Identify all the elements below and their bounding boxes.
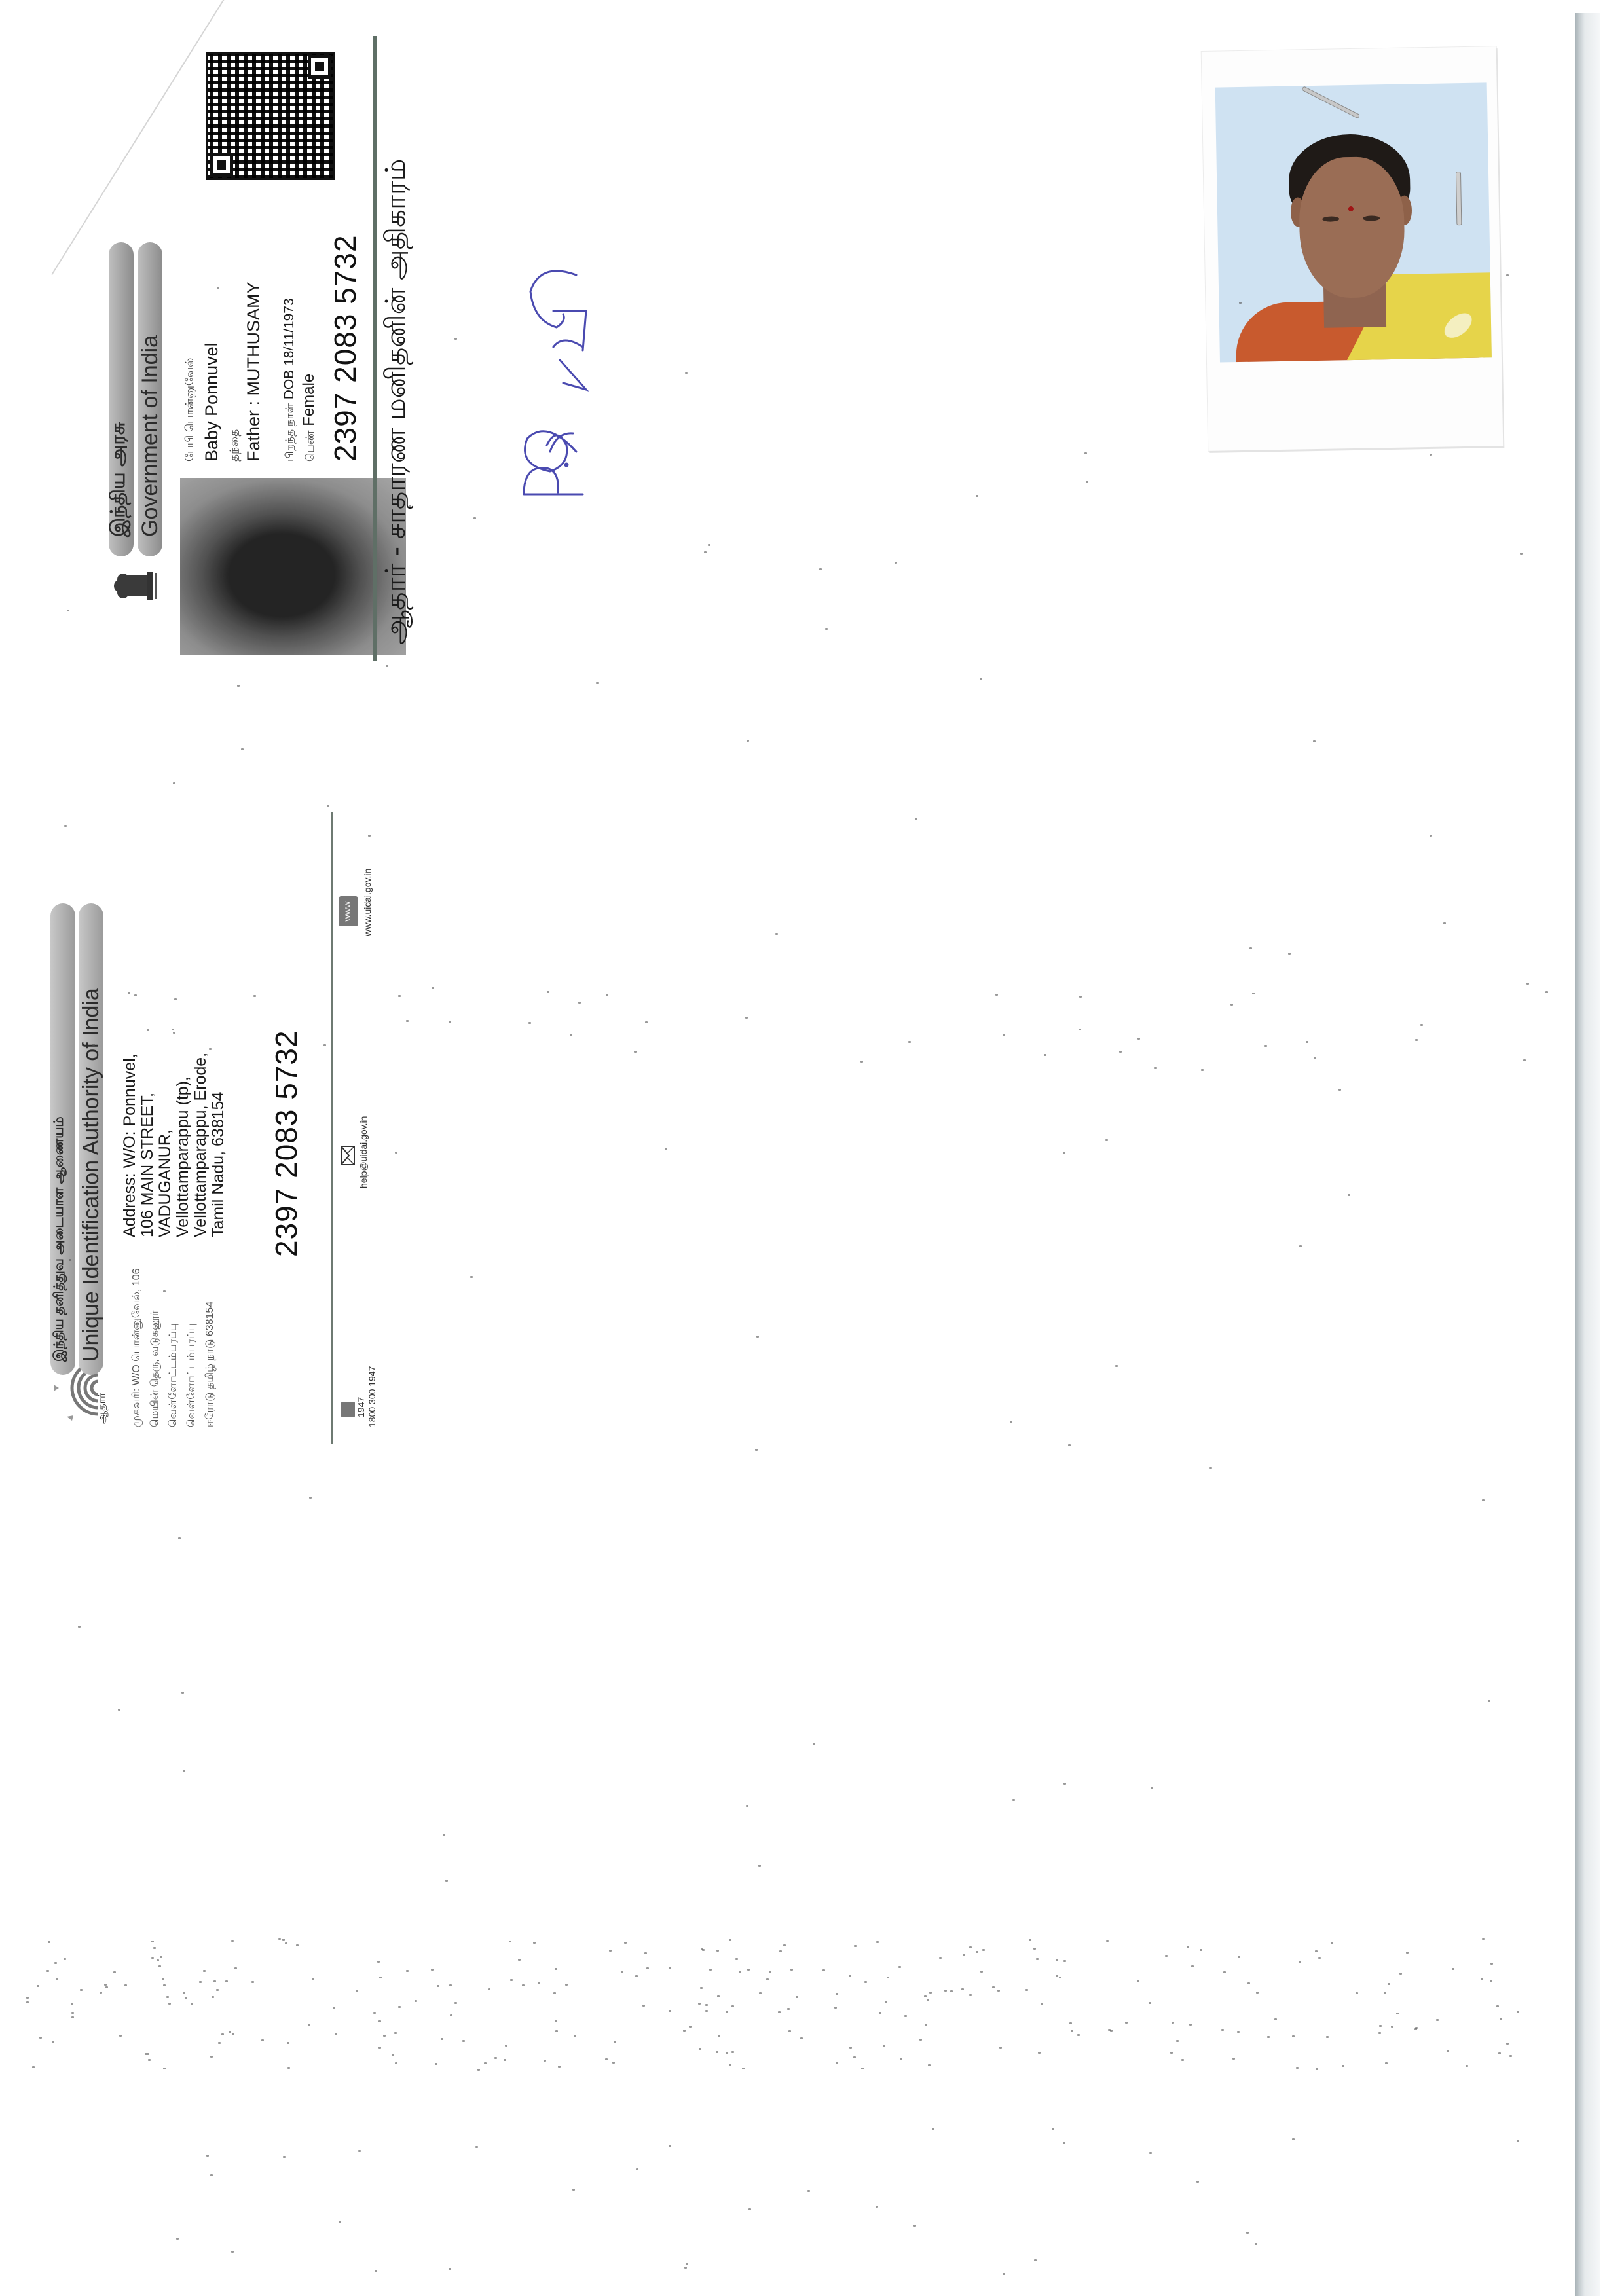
scan-speck [547, 991, 549, 993]
scan-speck [378, 2047, 381, 2049]
address-tamil-line: ஈரோடு தமிழ் நாடு 638154 [201, 1231, 219, 1427]
scan-speck [1003, 1034, 1005, 1036]
scan-speck [915, 818, 917, 820]
scan-speck [1316, 2068, 1318, 2070]
scan-speck [1498, 2052, 1501, 2054]
footer-divider [331, 812, 333, 1444]
scan-speck [1012, 1799, 1015, 1801]
scan-speck [879, 2012, 881, 2014]
scan-speck [406, 1970, 409, 1972]
scan-speck [997, 1990, 1000, 1992]
scan-speck [449, 1021, 451, 1023]
scan-speck [377, 1961, 380, 1963]
scan-speck [1488, 1700, 1490, 1702]
scan-speck [1068, 1444, 1071, 1446]
mail-icon [341, 1146, 355, 1165]
scan-speck [747, 1969, 750, 1971]
scan-speck [1034, 2259, 1037, 2261]
scan-speck [572, 2189, 575, 2191]
scan-speck [919, 2039, 922, 2041]
scan-speck [212, 1996, 214, 1998]
scan-speck [1105, 1139, 1108, 1141]
scan-speck [1044, 1054, 1046, 1056]
address-line: VADUGANUR, [157, 962, 174, 1237]
scan-speck [708, 544, 710, 546]
scan-speck [443, 1834, 445, 1836]
scan-speck [56, 1978, 58, 1980]
scan-speck [642, 2005, 645, 2007]
scan-speck [565, 1984, 568, 1986]
www-globe-icon: WWW [339, 896, 358, 926]
scan-speck [800, 2037, 803, 2039]
scan-speck [1063, 1783, 1066, 1785]
address-line: 106 MAIN STREET, [139, 962, 157, 1237]
scan-speck [160, 1956, 162, 1958]
scan-speck [739, 1971, 741, 1973]
father-name: Father : MUTHUSAMY [244, 282, 264, 462]
scan-speck [982, 1949, 985, 1951]
scan-speck [386, 665, 388, 667]
scan-speck [323, 1044, 326, 1046]
dob-label: DOB [282, 370, 297, 400]
scan-speck [287, 2042, 289, 2044]
scan-speck [1342, 2065, 1344, 2067]
scan-speck [118, 1709, 120, 1711]
scan-speck [251, 1981, 254, 1983]
scan-speck [232, 2033, 234, 2035]
scan-speck [1264, 1045, 1267, 1047]
scan-speck [124, 1984, 127, 1986]
scan-speck [961, 1988, 964, 1990]
scan-speck [755, 1449, 758, 1451]
scan-speck [454, 2002, 457, 2004]
aadhaar-logo-label: ஆதார் [96, 1393, 109, 1424]
scan-speck [26, 1997, 29, 1999]
scan-speck [488, 1988, 490, 1990]
scan-speck [1523, 1059, 1526, 1061]
scan-speck [1069, 2022, 1072, 2024]
scan-speck [1430, 454, 1432, 456]
scan-speck [553, 1992, 556, 1994]
scan-speck [105, 1986, 108, 1988]
scan-speck [745, 1017, 748, 1019]
scan-speck [283, 2156, 286, 2158]
scan-speck [1165, 1955, 1168, 1957]
scan-speck [1232, 2058, 1235, 2060]
scan-speck [775, 933, 778, 935]
passport-photo [1202, 46, 1504, 451]
header-tamil: இந்திய தனித்துவ அடையாள ஆணையம் [52, 1116, 68, 1362]
scan-speck [1247, 1982, 1250, 1984]
scan-speck [1517, 2011, 1519, 2013]
scan-speck [1396, 2013, 1399, 2014]
scan-speck [683, 2030, 686, 2032]
scan-speck [147, 1029, 149, 1031]
scan-speck [477, 2069, 480, 2071]
scan-speck [1256, 1992, 1259, 1994]
scan-speck [379, 1977, 382, 1978]
scan-speck [1119, 1051, 1122, 1053]
gender-value: Female [300, 374, 318, 426]
address-line: Address: W/O: Ponnuvel, [121, 962, 139, 1237]
scan-speck [717, 1995, 720, 1997]
scan-speck [199, 1981, 202, 1983]
scan-speck [450, 2014, 452, 2016]
scan-speck [1255, 2243, 1257, 2245]
scan-speck [976, 1951, 978, 1953]
scan-speck [210, 2056, 213, 2058]
scan-speck [904, 2015, 907, 2017]
scan-speck [518, 1959, 521, 1961]
scan-speck [119, 2035, 122, 2037]
scan-speck [939, 1957, 942, 1959]
scan-speck [504, 2059, 506, 2061]
national-emblem-icon [111, 566, 160, 606]
scan-speck [944, 1990, 947, 1992]
scan-speck [173, 782, 175, 784]
scan-speck [176, 2238, 179, 2240]
scan-speck [383, 2035, 386, 2037]
scan-speck [685, 372, 688, 374]
gender-label-tamil: பெண் [304, 430, 316, 462]
scan-speck [1149, 2002, 1151, 2004]
scan-speck [836, 1993, 838, 1995]
scan-speck [913, 2225, 916, 2227]
scan-speck [241, 748, 244, 750]
scan-speck [558, 2066, 561, 2068]
scan-speck [1149, 2152, 1152, 2154]
handwritten-signature: P.பேபி [478, 249, 596, 511]
phone-short: 1947 [356, 1397, 366, 1417]
scan-speck [432, 987, 434, 989]
scan-speck [1306, 1041, 1308, 1043]
scan-speck [538, 1982, 540, 1984]
scan-speck [206, 2155, 209, 2157]
scan-speck [392, 2054, 394, 2056]
scan-speck [1077, 2034, 1080, 2036]
scan-speck [669, 2010, 671, 2012]
scan-speck [669, 2145, 671, 2147]
scan-speck [415, 2000, 417, 2002]
scan-speck [1176, 2040, 1179, 2042]
scan-speck [645, 1021, 648, 1023]
scan-speck [333, 2007, 335, 2009]
scan-speck [145, 2053, 147, 2055]
scan-speck [285, 1942, 287, 1944]
scan-speck [924, 1995, 927, 1997]
scan-speck [1506, 274, 1509, 276]
scan-speck [1172, 2022, 1174, 2024]
scan-speck [231, 1940, 234, 1942]
address-tamil-line: முகவரி: W/O பொன்னுவேல், 106 [128, 1231, 146, 1427]
scan-speck [1230, 1004, 1233, 1006]
scan-speck [509, 1941, 511, 1942]
scan-speck [1452, 1968, 1454, 1970]
scan-speck [796, 1996, 798, 1998]
scan-speck [1115, 1365, 1118, 1367]
scan-speck [26, 2001, 29, 2003]
scan-speck [980, 678, 982, 680]
scan-speck [1500, 2018, 1502, 2020]
scan-speck [758, 1865, 761, 1867]
scan-speck [769, 1971, 771, 1973]
scan-speck [876, 2206, 878, 2208]
scan-speck [992, 1986, 995, 1988]
scan-speck [1414, 2028, 1417, 2030]
scan-speck [231, 2251, 234, 2253]
scan-speck [168, 2003, 171, 2005]
scan-speck [849, 1975, 851, 1977]
scan-speck [1056, 1975, 1058, 1977]
scan-speck [309, 1497, 312, 1499]
scan-speck [1388, 1983, 1390, 1985]
scan-speck [71, 2003, 73, 2005]
staple-clip-icon [1456, 172, 1462, 225]
scan-speck [148, 2059, 151, 2061]
holder-name: Baby Ponnuvel [202, 342, 222, 462]
scan-speck [596, 682, 599, 684]
scan-speck [1292, 2138, 1295, 2140]
scan-speck [864, 1981, 867, 1983]
address-line: Tamil Nadu, 638154 [210, 962, 227, 1237]
scan-speck [783, 1944, 786, 1946]
scan-speck [312, 1978, 314, 1980]
scan-speck [510, 1979, 513, 1981]
scan-speck [605, 2058, 608, 2060]
scan-speck [1338, 1089, 1341, 1091]
scan-speck [78, 1626, 81, 1628]
scan-speck [1108, 2029, 1111, 2031]
scan-speck [1436, 2019, 1439, 2021]
scan-speck [735, 1958, 738, 1960]
scan-speck [1181, 2059, 1184, 2061]
scan-speck [980, 1971, 983, 1973]
scan-speck [1545, 991, 1548, 993]
address-tamil-line: வெள்ளோட்டம்பரப்பு வெள்ளோட்டம்பரப்பு [164, 1231, 201, 1427]
scan-speck [1443, 922, 1446, 924]
scan-speck [908, 1041, 911, 1043]
scan-speck [1267, 2036, 1270, 2038]
scan-speck [969, 1994, 972, 1996]
phone-icon [341, 1402, 355, 1417]
scan-speck [172, 1029, 174, 1030]
scan-speck [1056, 1959, 1058, 1961]
scan-speck [48, 1941, 50, 1943]
scan-speck [80, 1989, 83, 1991]
scan-speck [698, 2003, 701, 2005]
scan-speck [528, 1022, 531, 1024]
scan-speck [1137, 1038, 1140, 1040]
scan-speck [689, 2026, 692, 2028]
scan-speck [64, 825, 67, 827]
scan-speck [928, 2064, 931, 2066]
footer-divider [373, 36, 377, 661]
scan-speck [825, 628, 828, 630]
scan-speck [834, 2007, 837, 2009]
scan-speck [494, 2057, 497, 2059]
scan-speck [1482, 1499, 1485, 1501]
scan-speck [339, 2221, 341, 2223]
passport-photo-image [1215, 82, 1492, 362]
dob-value: 18/11/1973 [282, 298, 297, 366]
scan-speck [203, 1970, 206, 1972]
address-tamil: முகவரி: W/O பொன்னுவேல், 106 மெயின் தெரு,… [128, 1231, 219, 1427]
scan-speck [860, 1061, 863, 1063]
scan-speck [1003, 2273, 1005, 2275]
scan-speck [395, 2062, 397, 2064]
scan-speck [1187, 1946, 1189, 1948]
scan-speck [69, 1259, 71, 1261]
scan-speck [522, 1984, 525, 1986]
scan-speck [684, 2267, 687, 2269]
scan-speck [1326, 2036, 1329, 2038]
scan-speck [1071, 2030, 1073, 2032]
scan-speck [358, 2150, 361, 2152]
scan-speck [716, 1950, 719, 1952]
scan-speck [731, 2051, 734, 2053]
scan-speck [1420, 1024, 1423, 1026]
scan-speck [787, 2008, 790, 2010]
scan-speck [157, 1959, 159, 1961]
scan-speck [1313, 740, 1316, 742]
scan-speck [895, 562, 897, 564]
scan-speck [335, 2033, 337, 2035]
scan-speck [1314, 1057, 1316, 1059]
scan-speck [261, 2039, 264, 2041]
scan-speck [287, 2067, 290, 2069]
scan-speck [1221, 2029, 1224, 2031]
help-email: help@uidai.gov.in [358, 1116, 369, 1188]
scan-speck [104, 1984, 107, 1986]
scan-speck [1052, 2128, 1054, 2130]
scan-speck [807, 2190, 810, 2192]
scan-speck [1391, 2026, 1393, 2028]
scan-speck [822, 1969, 825, 1971]
scan-speck [229, 2031, 231, 2033]
scan-speck [1384, 1992, 1386, 1994]
scan-speck [158, 1965, 161, 1967]
scan-speck [308, 2024, 310, 2026]
scan-speck [1406, 1952, 1409, 1954]
address-tamil-line: மெயின் தெரு, வடுகனூர் [146, 1231, 164, 1427]
scan-speck [1430, 835, 1432, 837]
scan-speck [1025, 1989, 1028, 1991]
scan-speck [729, 2064, 731, 2066]
dob-label-tamil: பிறந்த நாள் [284, 403, 296, 462]
scan-speck [185, 1997, 187, 1999]
scan-speck [790, 1969, 793, 1971]
scan-speck [375, 2270, 377, 2272]
scan-speck [788, 2030, 791, 2032]
scan-speck [1033, 1948, 1036, 1950]
scan-speck [621, 1971, 623, 1973]
scan-speck [646, 1967, 649, 1969]
scan-speck [1466, 2065, 1468, 2067]
scan-speck [437, 1985, 439, 1987]
scan-speck [570, 1034, 572, 1036]
scan-speck [32, 2066, 35, 2068]
scan-speck [1356, 1992, 1358, 1994]
scan-speck [578, 1002, 581, 1004]
scan-speck [1379, 2025, 1382, 2027]
scan-speck [1154, 1067, 1157, 1069]
scan-speck [128, 992, 130, 994]
scan-speck [406, 1020, 409, 1022]
scan-speck [1490, 1980, 1492, 1982]
photo-face [1299, 156, 1406, 299]
scan-speck [932, 2128, 934, 2130]
scan-speck [716, 2051, 718, 2053]
scan-speck [609, 1950, 612, 1952]
scan-speck [1200, 1949, 1202, 1951]
scan-speck [435, 2063, 437, 2065]
scan-speck [1010, 1421, 1012, 1423]
scan-speck [1385, 2062, 1388, 2064]
scan-speck [766, 1978, 769, 1980]
scan-speck [1079, 996, 1082, 998]
scan-speck [1086, 481, 1088, 483]
scan-speck [1526, 983, 1529, 985]
scan-speck [1252, 993, 1255, 994]
scan-speck [71, 2012, 74, 2014]
scan-speck [726, 2052, 728, 2054]
aadhaar-back-card: ஆதார் இந்திய தனித்துவ அடையாள ஆணையம் Uniq… [43, 802, 432, 1453]
scan-speck [398, 2006, 401, 2008]
scan-speck [686, 2263, 688, 2265]
scan-speck [544, 2060, 546, 2062]
scan-speck [819, 568, 822, 570]
scan-speck [1059, 1977, 1061, 1978]
scan-speck [1209, 1467, 1212, 1469]
scan-speck [54, 1962, 57, 1964]
scan-speck [46, 1970, 49, 1972]
scan-speck [813, 1743, 815, 1745]
scan-speck [995, 994, 998, 996]
scan-speck [883, 2045, 885, 2047]
scan-speck [484, 2062, 487, 2064]
scan-speck [900, 2058, 902, 2060]
header-english: Government of India [138, 335, 163, 537]
scan-speck [441, 2038, 443, 2040]
scan-speck [748, 2208, 751, 2210]
scan-speck [1137, 1980, 1139, 1982]
scan-speck [163, 1984, 166, 1986]
scan-speck [398, 995, 401, 997]
scan-speck [162, 1978, 164, 1980]
address-line: Vellottamparappu (tp), [174, 962, 192, 1237]
scan-speck [634, 1051, 637, 1053]
scan-speck [356, 1990, 358, 1992]
scan-speck [1223, 1971, 1226, 1973]
scan-speck [153, 1947, 156, 1949]
scan-speck [327, 805, 329, 807]
page-edge-strip [1575, 13, 1600, 2296]
father-label-tamil: தந்தை [228, 429, 242, 462]
scan-speck [183, 1992, 185, 1994]
scan-speck [925, 2024, 927, 2026]
scan-speck [665, 1148, 667, 1150]
scan-speck [635, 1975, 638, 1977]
scan-speck [395, 1152, 397, 1154]
scan-speck [1274, 2018, 1277, 2020]
scan-speck [449, 2268, 451, 2270]
scan-speck [1036, 1958, 1039, 1960]
scan-speck [1246, 2232, 1249, 2234]
scan-speck [929, 1992, 932, 1994]
scan-speck [1237, 2031, 1240, 2033]
scan-speck [927, 1999, 929, 2001]
scan-speck [1299, 1245, 1302, 1247]
